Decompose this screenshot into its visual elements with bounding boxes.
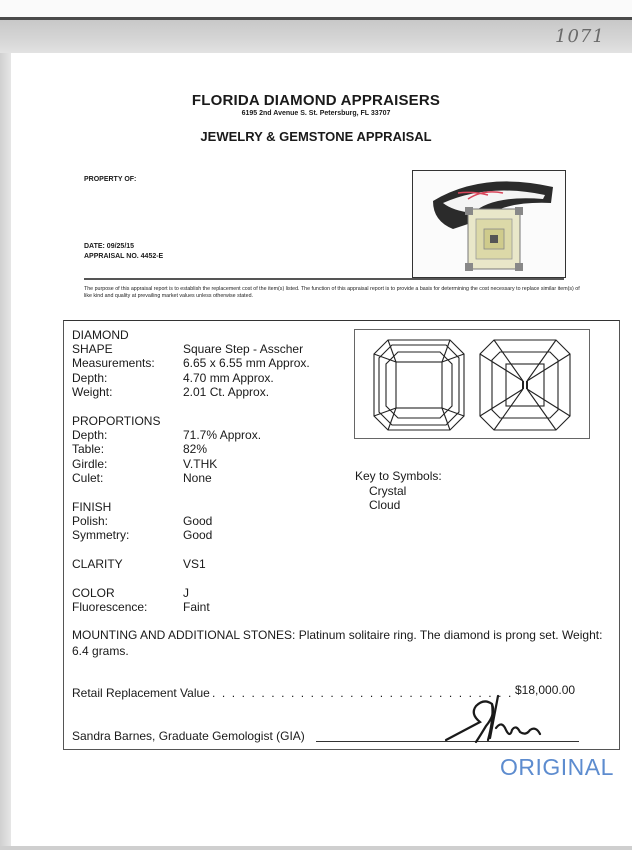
girdle-label: Girdle:	[72, 457, 107, 471]
purpose-statement: The purpose of this appraisal report is …	[84, 286, 584, 300]
appraisal-date: DATE: 09/25/15	[84, 243, 134, 250]
scan-left-edge	[0, 53, 11, 850]
handwritten-number: 1071	[555, 26, 605, 47]
culet-label: Culet:	[72, 471, 103, 485]
ring-image-icon	[413, 171, 565, 277]
color-label: COLOR	[72, 586, 115, 600]
proportions-heading: PROPORTIONS	[72, 414, 160, 428]
weight-value: 2.01 Ct. Approx.	[183, 385, 269, 399]
key-to-symbols-heading: Key to Symbols:	[355, 469, 442, 483]
company-name: FLORIDA DIAMOND APPRAISERS	[0, 92, 632, 109]
depth-pct-value: 71.7% Approx.	[183, 428, 261, 442]
scan-gray-band	[0, 20, 632, 53]
table-value: 82%	[183, 442, 207, 456]
signature-icon	[440, 694, 560, 746]
diamond-heading: DIAMOND	[72, 328, 129, 342]
symmetry-label: Symmetry:	[72, 528, 129, 542]
color-value: J	[183, 586, 189, 600]
key-item-cloud: Cloud	[369, 498, 400, 512]
depth-mm-value: 4.70 mm Approx.	[183, 371, 274, 385]
table-label: Table:	[72, 442, 104, 456]
property-of-label: PROPERTY OF:	[84, 176, 136, 183]
clarity-label: CLARITY	[72, 557, 123, 571]
header-divider	[84, 278, 564, 280]
polish-label: Polish:	[72, 514, 108, 528]
shape-value: Square Step - Asscher	[183, 342, 303, 356]
clarity-value: VS1	[183, 557, 206, 571]
finish-heading: FINISH	[72, 500, 111, 514]
company-address: 6195 2nd Avenue S. St. Petersburg, FL 33…	[0, 110, 632, 117]
signer-name: Sandra Barnes, Graduate Gemologist (GIA)	[72, 729, 305, 743]
asscher-cut-diagram-icon	[355, 330, 589, 438]
depth-mm-label: Depth:	[72, 371, 107, 385]
fluorescence-value: Faint	[183, 600, 210, 614]
diamond-plot-diagram	[354, 329, 590, 439]
appraisal-number: APPRAISAL NO. 4452-E	[84, 253, 163, 260]
original-stamp: ORIGINAL	[500, 754, 614, 781]
scan-bottom-edge	[0, 846, 632, 850]
key-item-crystal: Crystal	[369, 484, 406, 498]
document-title: JEWELRY & GEMSTONE APPRAISAL	[0, 129, 632, 144]
depth-pct-label: Depth:	[72, 428, 107, 442]
polish-value: Good	[183, 514, 212, 528]
measurements-label: Measurements:	[72, 356, 155, 370]
ring-photo	[412, 170, 566, 278]
girdle-value: V.THK	[183, 457, 217, 471]
symmetry-value: Good	[183, 528, 212, 542]
shape-label: SHAPE	[72, 342, 113, 356]
fluorescence-label: Fluorescence:	[72, 600, 147, 614]
culet-value: None	[183, 471, 212, 485]
scan-top-margin	[0, 0, 632, 18]
retail-value-label: Retail Replacement Value	[72, 686, 210, 700]
weight-label: Weight:	[72, 385, 112, 399]
measurements-value: 6.65 x 6.55 mm Approx.	[183, 356, 310, 370]
mounting-description: MOUNTING AND ADDITIONAL STONES: Platinum…	[72, 627, 612, 659]
